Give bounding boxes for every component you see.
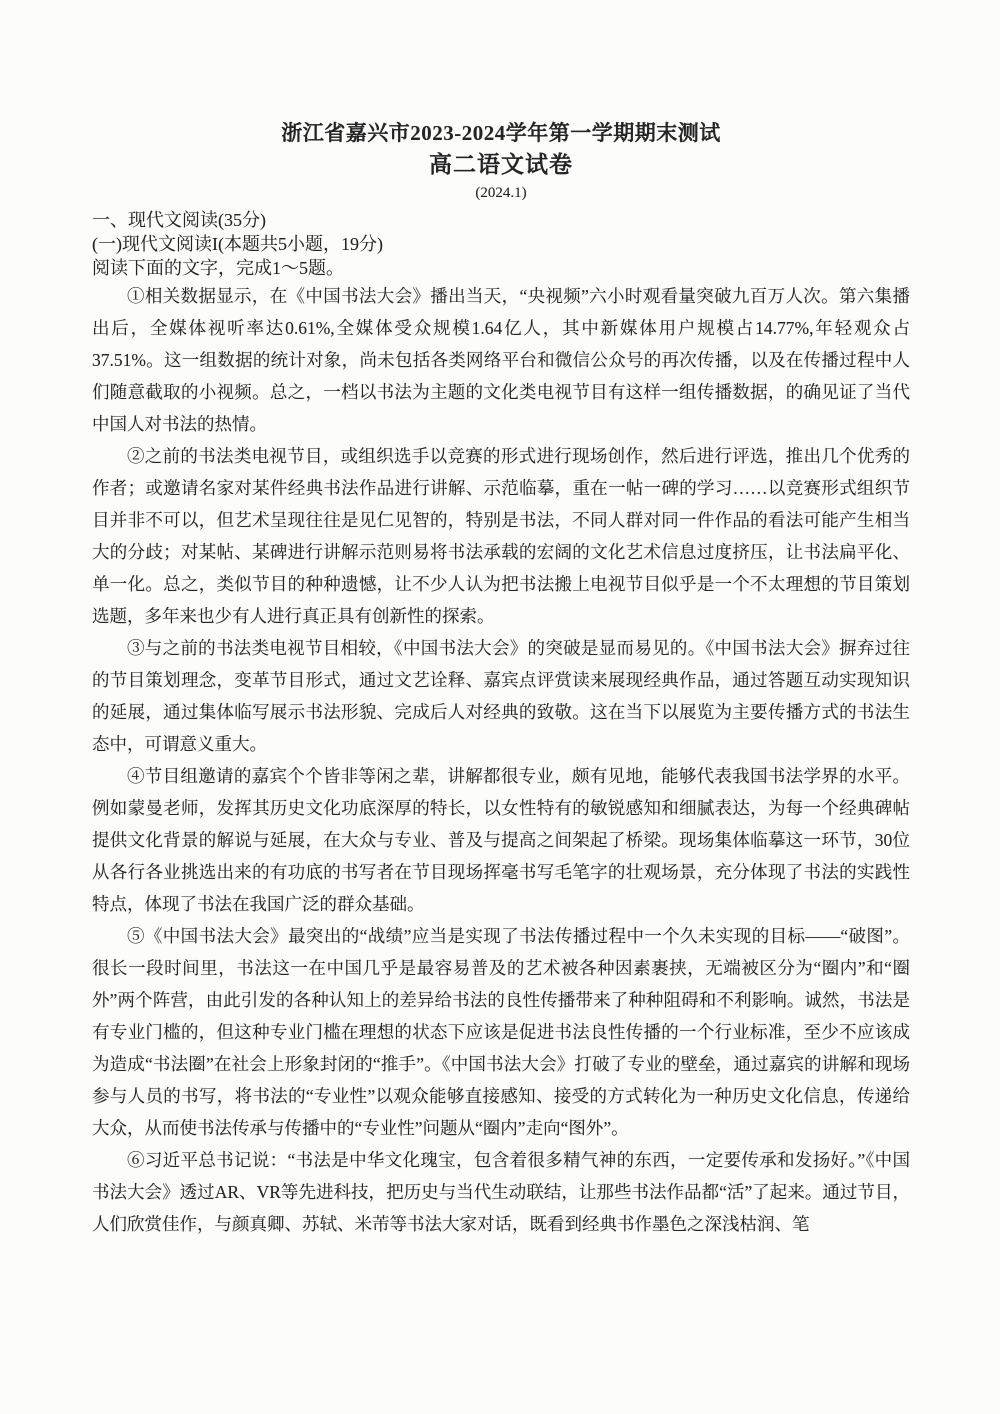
paper-title: 浙江省嘉兴市2023-2024学年第一学期期末测试 [92,118,910,148]
reading-instruction: 阅读下面的文字，完成1～5题。 [92,256,910,280]
paper-date: (2024.1) [92,182,910,205]
paper-header: 浙江省嘉兴市2023-2024学年第一学期期末测试 高二语文试卷 (2024.1… [92,118,910,205]
passage-paragraph-6: ⑥习近平总书记说：“书法是中华文化瑰宝，包含着很多精气神的东西，一定要传承和发扬… [92,1144,910,1240]
subsection-heading: (一)现代文阅读I(本题共5小题，19分) [92,232,910,256]
passage-paragraph-5: ⑤《中国书法大会》最突出的“战绩”应当是实现了书法传播过程中一个久未实现的目标—… [92,920,910,1144]
section-headings: 一、现代文阅读(35分) (一)现代文阅读I(本题共5小题，19分) 阅读下面的… [92,208,910,280]
section-heading: 一、现代文阅读(35分) [92,208,910,232]
exam-paper-page: 浙江省嘉兴市2023-2024学年第一学期期末测试 高二语文试卷 (2024.1… [0,0,1000,1414]
passage-paragraph-4: ④节目组邀请的嘉宾个个皆非等闲之辈，讲解都很专业，颇有见地，能够代表我国书法学界… [92,760,910,920]
passage-paragraph-2: ②之前的书法类电视节目，或组织选手以竞赛的形式进行现场创作，然后进行评选，推出几… [92,440,910,632]
paper-subtitle: 高二语文试卷 [92,148,910,182]
reading-passage: ①相关数据显示，在《中国书法大会》播出当天，“央视频”六小时观看量突破九百万人次… [92,280,910,1240]
passage-paragraph-3: ③与之前的书法类电视节目相较，《中国书法大会》的突破是显而易见的。《中国书法大会… [92,632,910,760]
passage-paragraph-1: ①相关数据显示，在《中国书法大会》播出当天，“央视频”六小时观看量突破九百万人次… [92,280,910,440]
